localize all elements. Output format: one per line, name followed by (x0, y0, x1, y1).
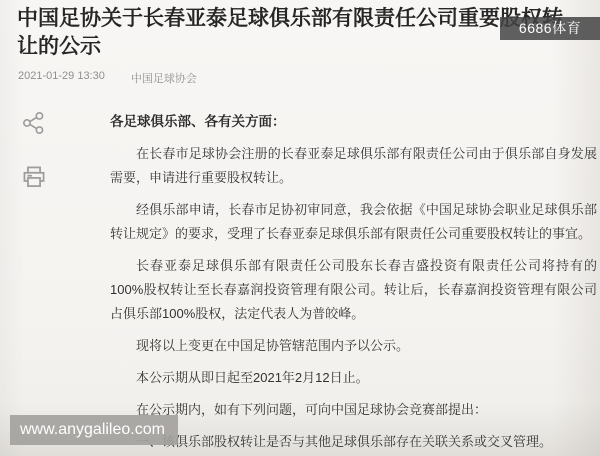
article-salutation: 各足球俱乐部、各有关方面： (110, 111, 597, 133)
article-paragraph: 现将以上变更在中国足协管辖范围内予以公示。 (110, 334, 597, 358)
publish-date: 2021-01-29 13:30 (18, 70, 105, 86)
source-name: 中国足球协会 (131, 70, 197, 86)
printer-icon (20, 163, 48, 194)
print-button[interactable] (20, 164, 48, 192)
article-paragraph: 一、该俱乐部股权转让是否与其他足球俱乐部存在关联关系或交叉管理。 (110, 430, 597, 454)
share-button[interactable] (20, 110, 48, 138)
action-rail (19, 110, 49, 192)
article-paragraph: 本公示期从即日起至2021年2月12日止。 (110, 366, 597, 390)
watermark-top-right: 6686体育 (500, 17, 600, 40)
article-paragraph: 在公示期内，如有下列问题，可向中国足球协会竞赛部提出： (110, 398, 597, 422)
watermark-bottom-left: www.anygalileo.com (10, 415, 178, 445)
article-body: 各足球俱乐部、各有关方面： 在长春市足球协会注册的长春亚泰足球俱乐部有限责任公司… (110, 111, 597, 456)
article-paragraph: 长春亚泰足球俱乐部有限责任公司股东长春吉盛投资有限责任公司将持有的100%股权转… (110, 254, 597, 326)
article-paragraph: 在长春市足球协会注册的长春亚泰足球俱乐部有限责任公司由于俱乐部自身发展需要，申请… (110, 142, 597, 190)
share-icon (21, 110, 47, 139)
article-meta: 2021-01-29 13:30 中国足球协会 (18, 70, 197, 86)
page-title: 中国足协关于长春亚泰足球俱乐部有限责任公司重要股权转让的公示 (17, 5, 563, 61)
article-page: 中国足协关于长春亚泰足球俱乐部有限责任公司重要股权转让的公示 2021-01-2… (0, 0, 600, 456)
article-paragraph: 经俱乐部申请，长春市足协初审同意，我会依据《中国足球协会职业足球俱乐部转让规定》… (110, 198, 597, 246)
